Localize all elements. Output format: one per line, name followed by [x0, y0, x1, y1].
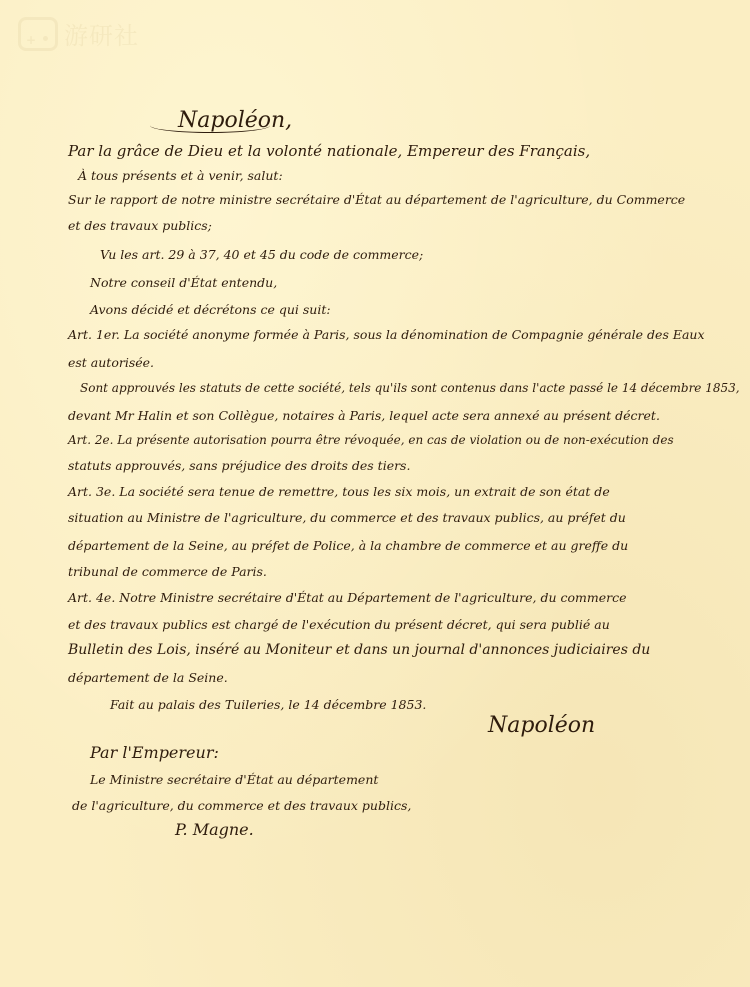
doc-line: Sont approuvés les statuts de cette soci…: [80, 380, 740, 396]
doc-line: Bulletin des Lois, inséré au Moniteur et…: [68, 642, 650, 658]
doc-line: situation au Ministre de l'agriculture, …: [68, 510, 626, 526]
signature-napoleon: Napoléon: [488, 718, 595, 734]
countersign-line: de l'agriculture, du commerce et des tra…: [72, 798, 411, 814]
heading-flourish: [150, 118, 270, 133]
countersign-line: Le Ministre secrétaire d'État au départe…: [90, 772, 378, 788]
signature-magne: P. Magne.: [175, 822, 254, 838]
doc-line: devant Mr Halin et son Collègue, notaire…: [68, 408, 660, 424]
doc-line: Vu les art. 29 à 37, 40 et 45 du code de…: [100, 247, 423, 263]
doc-line: Art. 3e. La société sera tenue de remett…: [68, 484, 610, 500]
doc-line: Par la grâce de Dieu et la volonté natio…: [68, 140, 590, 162]
doc-line: et des travaux publics est chargé de l'e…: [68, 617, 610, 633]
doc-line: statuts approuvés, sans préjudice des dr…: [68, 458, 410, 474]
doc-line: À tous présents et à venir, salut:: [78, 168, 283, 184]
doc-line: Art. 1er. La société anonyme formée à Pa…: [68, 327, 705, 343]
doc-line: est autorisée.: [68, 355, 154, 371]
doc-line: Art. 2e. La présente autorisation pourra…: [68, 432, 674, 448]
doc-line: département de la Seine, au préfet de Po…: [68, 538, 628, 554]
countersign-heading: Par l'Empereur:: [90, 745, 219, 761]
doc-line: et des travaux publics;: [68, 218, 212, 234]
doc-line: tribunal de commerce de Paris.: [68, 564, 267, 580]
doc-line: Notre conseil d'État entendu,: [90, 275, 277, 291]
date-line: Fait au palais des Tuileries, le 14 déce…: [110, 697, 426, 713]
doc-line: département de la Seine.: [68, 670, 228, 686]
doc-line: Art. 4e. Notre Ministre secrétaire d'Éta…: [68, 590, 627, 606]
doc-line: Sur le rapport de notre ministre secréta…: [68, 192, 685, 208]
decree-document: Napoléon, Par la grâce de Dieu et la vol…: [0, 0, 750, 987]
doc-line: Avons décidé et décrétons ce qui suit:: [90, 302, 331, 318]
